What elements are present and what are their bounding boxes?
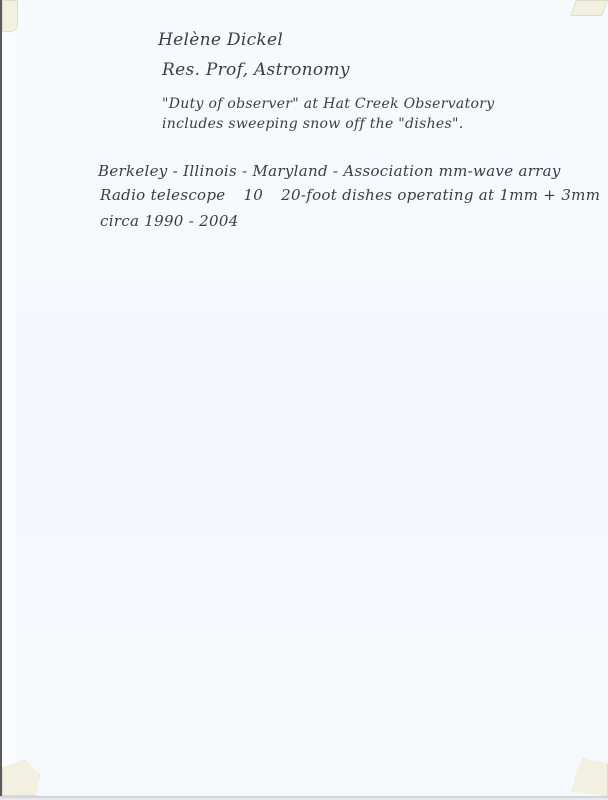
dish-description: 20-foot dishes operating at 1mm + 3mm [281, 186, 600, 204]
note-date-range: circa 1990 - 2004 [100, 212, 239, 230]
author-name: Helène Dickel [158, 30, 283, 50]
telescope-label: Radio telescope [100, 186, 225, 204]
tape-top-left [2, 0, 18, 32]
dish-count: 10 [243, 186, 263, 204]
scanner-margin-left [2, 0, 16, 800]
author-title: Res. Prof, Astronomy [162, 60, 350, 80]
scanner-edge-bottom [0, 796, 608, 800]
note-duty-line: "Duty of observer" at Hat Creek Observat… [162, 96, 494, 112]
tape-bottom-left [2, 760, 40, 796]
note-snow-line: includes sweeping snow off the "dishes". [162, 116, 463, 132]
note-array-line: Berkeley - Illinois - Maryland - Associa… [98, 162, 561, 180]
note-telescope-line: Radio telescope1020-foot dishes operatin… [100, 186, 600, 204]
tape-bottom-right [572, 758, 608, 796]
tape-top-right [570, 0, 608, 16]
scanned-page: Helène Dickel Res. Prof, Astronomy "Duty… [0, 0, 608, 800]
